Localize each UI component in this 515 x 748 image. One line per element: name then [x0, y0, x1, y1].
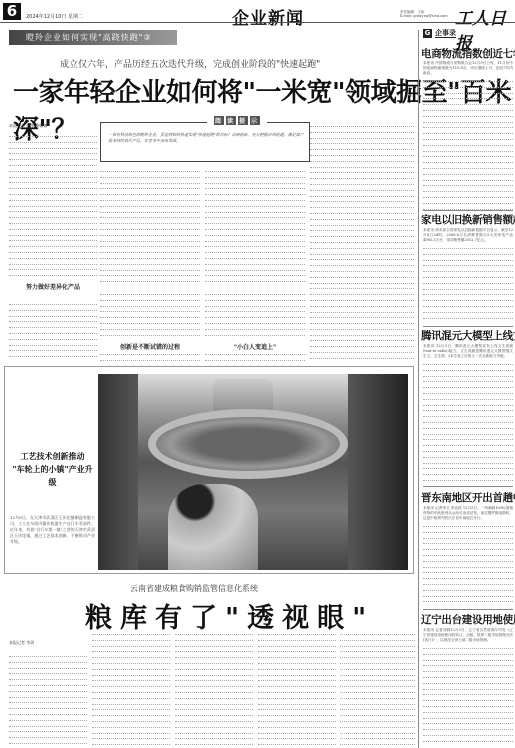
bottom-column-1	[9, 652, 87, 746]
text-line	[423, 696, 513, 701]
section-head-3: "小白人变追上"	[205, 342, 305, 351]
text-line	[92, 636, 170, 641]
text-line	[9, 225, 97, 230]
text-line	[175, 653, 253, 658]
text-line	[423, 152, 513, 157]
brief-rule	[423, 486, 513, 487]
text-line	[100, 179, 200, 184]
inset-story-text: 12月6日，在天津市武清区王庆坨镇制造有限公司，工人在车间内操作机器生产自行车零…	[10, 515, 95, 570]
text-line	[310, 273, 414, 278]
text-line	[423, 539, 513, 544]
text-line	[9, 739, 87, 744]
text-line	[423, 597, 513, 602]
masthead-rule	[0, 22, 515, 23]
text-line	[423, 244, 513, 249]
body-column-2c	[100, 350, 200, 362]
text-line	[423, 522, 513, 527]
text-line	[310, 284, 414, 289]
text-line	[423, 279, 513, 284]
text-line	[175, 717, 253, 722]
text-line	[423, 267, 513, 272]
text-line	[423, 366, 513, 371]
brief-lead: 本报讯 中国物流与采购联合会12月9日公布，11月份中国电商物流指数为115.8…	[423, 61, 513, 76]
text-line	[205, 277, 305, 282]
text-line	[340, 723, 415, 728]
text-line	[9, 167, 97, 172]
text-line	[310, 336, 414, 341]
text-line	[9, 248, 97, 253]
text-line	[205, 271, 305, 276]
brief-rule	[423, 210, 513, 211]
text-line	[423, 412, 513, 417]
text-line	[205, 179, 305, 184]
brief-body-5: 本报讯 记者邹倜12月3日，辽宁省自然资源厅印发《辽宁省建设用地使用权转让、出租…	[423, 628, 513, 746]
text-line	[340, 630, 415, 635]
text-line	[423, 401, 513, 406]
text-line	[423, 719, 513, 724]
text-line	[92, 711, 170, 716]
lead-byline: 本报记者 彭冰 柳姗姗	[9, 123, 48, 129]
text-line	[310, 354, 414, 359]
machine-pillar-right	[348, 374, 408, 570]
brief-body-3: 本报讯 12月3日，腾讯混元大模型宣布上线文生视频(text-to-video)…	[423, 344, 513, 484]
text-line	[92, 729, 170, 734]
text-line	[205, 356, 305, 361]
text-line	[310, 151, 414, 156]
text-line	[310, 342, 414, 347]
text-line	[423, 592, 513, 597]
text-line	[258, 734, 336, 739]
text-line	[9, 184, 97, 189]
text-line	[423, 360, 513, 365]
body-column-2	[100, 167, 200, 285]
text-line	[310, 255, 414, 260]
text-line	[258, 682, 336, 687]
text-line	[423, 673, 513, 678]
text-line	[423, 302, 513, 307]
text-line	[9, 202, 97, 207]
text-line	[423, 453, 513, 458]
text-line	[423, 118, 513, 123]
text-line	[100, 237, 200, 242]
text-line	[340, 636, 415, 641]
text-line	[310, 215, 414, 220]
text-line	[423, 261, 513, 266]
text-line	[175, 705, 253, 710]
text-line	[258, 729, 336, 734]
text-line	[175, 671, 253, 676]
text-line	[423, 534, 513, 539]
text-line	[205, 260, 305, 265]
series-banner: 瞪羚企业如何实现"高跷快跑"③	[9, 30, 177, 45]
text-line	[423, 205, 513, 210]
brief-lead: 本报讯 商务部全国家电以旧换新数据平台显示，截至12月8日24时，2568.8万…	[423, 228, 513, 243]
text-line	[9, 658, 87, 663]
text-line	[9, 271, 97, 276]
worker-figure	[168, 484, 258, 570]
text-line	[175, 734, 253, 739]
text-line	[310, 209, 414, 214]
text-line	[9, 329, 97, 334]
text-line	[423, 447, 513, 452]
text-line	[205, 313, 305, 318]
bottom-subtitle: 云南省建成粮食购销监管信息化系统	[130, 583, 258, 594]
text-line	[9, 196, 97, 201]
text-line	[340, 729, 415, 734]
section-title: 企业新闻	[232, 4, 304, 29]
text-line	[92, 671, 170, 676]
text-line	[310, 221, 414, 226]
text-line	[205, 248, 305, 253]
text-line	[310, 180, 414, 185]
text-line	[92, 734, 170, 739]
text-line	[9, 155, 97, 160]
text-line	[9, 710, 87, 715]
text-line	[310, 163, 414, 168]
brief-body-4: 本报讯 记者李卫 李忠波 12月5日，一列满载100标准箱货物的中欧班列从山西长…	[423, 506, 513, 606]
text-line	[100, 356, 200, 361]
text-line	[175, 642, 253, 647]
text-line	[9, 698, 87, 703]
text-line	[310, 186, 414, 191]
text-line	[340, 642, 415, 647]
text-line	[205, 190, 305, 195]
text-line	[310, 122, 414, 127]
text-line	[423, 528, 513, 533]
body-column-1	[9, 132, 97, 280]
text-line	[423, 476, 513, 481]
text-line	[9, 132, 97, 137]
text-line	[100, 331, 200, 336]
text-line	[423, 296, 513, 301]
text-line	[310, 319, 414, 324]
section-head-1: 努力做好差异化产品	[9, 282, 97, 291]
text-line	[423, 106, 513, 111]
text-line	[100, 173, 200, 178]
text-line	[310, 313, 414, 318]
text-line	[340, 734, 415, 739]
text-line	[9, 144, 97, 149]
text-line	[423, 406, 513, 411]
text-line	[9, 675, 87, 680]
text-line	[423, 170, 513, 175]
text-line	[258, 653, 336, 658]
text-line	[100, 208, 200, 213]
text-line	[423, 158, 513, 163]
text-line	[340, 694, 415, 699]
text-line	[100, 202, 200, 207]
lead-subtitle: 成立仅六年，产品历经五次迭代升级，完成创业阶段的"快速起跑"	[60, 57, 320, 70]
text-line	[340, 653, 415, 658]
text-line	[310, 279, 414, 284]
text-line	[423, 383, 513, 388]
text-line	[175, 665, 253, 670]
text-line	[100, 254, 200, 259]
text-line	[423, 679, 513, 684]
text-line	[205, 208, 305, 213]
body-column-2b	[100, 290, 200, 340]
text-line	[340, 665, 415, 670]
text-line	[100, 248, 200, 253]
text-line	[92, 676, 170, 681]
brief-title-4[interactable]: 晋东南地区开出首趟中欧班列	[421, 490, 515, 505]
bottom-column-3	[175, 630, 253, 746]
text-line	[310, 250, 414, 255]
text-line	[9, 317, 97, 322]
text-line	[9, 265, 97, 270]
text-line	[92, 682, 170, 687]
text-line	[205, 302, 305, 307]
text-line	[310, 261, 414, 266]
editor-email: E-mail: grbqyxw@sina.com	[400, 14, 448, 18]
text-line	[258, 717, 336, 722]
brief-lead: 本报讯 记者李卫 李忠波 12月5日，一列满载100标准箱货物的中欧班列从山西长…	[423, 506, 513, 521]
text-line	[423, 580, 513, 585]
text-line	[100, 167, 200, 172]
text-line	[423, 193, 513, 198]
text-line	[258, 723, 336, 728]
text-line	[9, 161, 97, 166]
text-line	[175, 676, 253, 681]
text-line	[92, 688, 170, 693]
text-line	[423, 308, 513, 313]
body-column-3b	[205, 290, 305, 340]
wheel-rim	[148, 409, 348, 479]
brief-rule	[423, 326, 513, 327]
text-line	[310, 302, 414, 307]
text-line	[258, 740, 336, 745]
text-line	[258, 642, 336, 647]
text-line	[310, 145, 414, 150]
text-line	[205, 307, 305, 312]
brief-title-1[interactable]: 电商物流指数创近七年新高	[421, 46, 515, 61]
text-line	[310, 232, 414, 237]
text-line	[9, 727, 87, 732]
text-line	[310, 238, 414, 243]
text-line	[423, 574, 513, 579]
text-line	[9, 254, 97, 259]
text-line	[310, 325, 414, 330]
text-line	[9, 652, 87, 657]
bottom-column-2	[92, 630, 170, 746]
text-line	[100, 277, 200, 282]
text-line	[423, 176, 513, 181]
bottom-column-5	[340, 630, 415, 746]
text-line	[258, 700, 336, 705]
text-line	[423, 568, 513, 573]
text-line	[423, 470, 513, 475]
text-line	[100, 219, 200, 224]
text-line	[100, 290, 200, 295]
text-line	[9, 242, 97, 247]
text-line	[423, 430, 513, 435]
text-line	[310, 331, 414, 336]
text-line	[423, 389, 513, 394]
factory-worker-photo[interactable]	[98, 374, 408, 570]
text-line	[175, 630, 253, 635]
text-line	[340, 671, 415, 676]
text-line	[423, 129, 513, 134]
text-line	[92, 659, 170, 664]
text-line	[205, 231, 305, 236]
text-line	[340, 676, 415, 681]
machine-pillar-left	[98, 374, 138, 570]
text-line	[92, 665, 170, 670]
text-line	[258, 671, 336, 676]
text-line	[100, 231, 200, 236]
column-logo-icon: G	[423, 29, 432, 38]
text-line	[9, 704, 87, 709]
text-line	[175, 682, 253, 687]
text-line	[423, 94, 513, 99]
text-line	[258, 665, 336, 670]
text-line	[175, 694, 253, 699]
text-line	[310, 197, 414, 202]
text-line	[205, 173, 305, 178]
text-line	[310, 168, 414, 173]
text-line	[205, 213, 305, 218]
text-line	[9, 341, 97, 346]
text-line	[310, 128, 414, 133]
text-line	[9, 219, 97, 224]
text-line	[9, 236, 97, 241]
text-line	[205, 266, 305, 271]
text-line	[205, 254, 305, 259]
text-line	[340, 682, 415, 687]
text-line	[423, 551, 513, 556]
brief-lead: 本报讯 记者邹倜12月3日，辽宁省自然资源厅印发《辽宁省建设用地使用权转让、出租…	[423, 628, 513, 643]
text-line	[92, 694, 170, 699]
text-line	[92, 647, 170, 652]
text-line	[310, 134, 414, 139]
text-line	[205, 237, 305, 242]
text-line	[423, 702, 513, 707]
text-line	[9, 149, 97, 154]
text-line	[205, 331, 305, 336]
text-line	[258, 659, 336, 664]
text-line	[258, 694, 336, 699]
bottom-column-4	[258, 630, 336, 746]
text-line	[100, 213, 200, 218]
text-line	[423, 377, 513, 382]
brief-title-3[interactable]: 腾讯混元大模型上线文生视频功能	[421, 328, 515, 343]
text-line	[423, 424, 513, 429]
text-line	[175, 659, 253, 664]
text-line	[423, 545, 513, 550]
text-line	[92, 653, 170, 658]
text-line	[205, 325, 305, 330]
text-line	[423, 563, 513, 568]
text-line	[9, 733, 87, 738]
text-line	[175, 688, 253, 693]
text-line	[423, 661, 513, 666]
text-line	[100, 242, 200, 247]
brief-title-5[interactable]: 辽宁出台建设用地使用权新政	[421, 612, 515, 627]
text-line	[258, 688, 336, 693]
text-line	[9, 260, 97, 265]
text-line	[9, 681, 87, 686]
text-line	[92, 717, 170, 722]
text-line	[9, 335, 97, 340]
text-line	[9, 306, 97, 311]
text-line	[340, 659, 415, 664]
text-line	[9, 722, 87, 727]
text-line	[423, 737, 513, 742]
text-line	[423, 199, 513, 204]
text-line	[205, 242, 305, 247]
text-line	[100, 225, 200, 230]
inset-story-title: 工艺技术创新推动 "车轮上的小镇"产业升级	[10, 450, 95, 489]
text-line	[423, 464, 513, 469]
text-line	[9, 190, 97, 195]
sidebar-divider	[418, 30, 419, 748]
text-line	[100, 260, 200, 265]
text-line	[423, 725, 513, 730]
brief-lead: 本报讯 12月3日，腾讯混元大模型宣布上线文生视频(text-to-video)…	[423, 344, 513, 359]
sidebar-header: G企事录	[423, 28, 456, 38]
text-line	[423, 372, 513, 377]
text-line	[175, 647, 253, 652]
text-line	[258, 647, 336, 652]
reading-tip-title: 阅读提示	[207, 116, 267, 125]
text-line	[205, 196, 305, 201]
text-line	[205, 296, 305, 301]
text-line	[205, 184, 305, 189]
text-line	[9, 669, 87, 674]
text-line	[310, 203, 414, 208]
text-line	[423, 290, 513, 295]
text-line	[423, 181, 513, 186]
text-line	[258, 636, 336, 641]
body-column-4	[310, 122, 414, 362]
text-line	[310, 157, 414, 162]
text-line	[423, 141, 513, 146]
page-number: 6	[3, 3, 21, 20]
brief-body-2: 本报讯 商务部全国家电以旧换新数据平台显示，截至12月8日24时，2568.8万…	[423, 228, 513, 323]
text-line	[258, 630, 336, 635]
text-line	[423, 147, 513, 152]
text-line	[92, 723, 170, 728]
text-line	[258, 705, 336, 710]
text-line	[9, 138, 97, 143]
text-line	[205, 290, 305, 295]
text-line	[100, 196, 200, 201]
text-line	[205, 219, 305, 224]
text-line	[340, 740, 415, 745]
section-head-2: 创新是不断试错的过程	[100, 342, 200, 351]
reading-tip-text: 一家有科技底色的瞪羚企业，要达到如何快速实现"快速起跑"的目标？自研创新，充分把…	[108, 132, 304, 144]
text-line	[423, 89, 513, 94]
text-line	[423, 441, 513, 446]
text-line	[423, 459, 513, 464]
text-line	[423, 418, 513, 423]
text-line	[423, 650, 513, 655]
text-line	[340, 711, 415, 716]
text-line	[100, 184, 200, 189]
text-line	[423, 435, 513, 440]
text-line	[423, 656, 513, 661]
text-line	[340, 700, 415, 705]
text-line	[423, 250, 513, 255]
brief-title-2[interactable]: 家电以旧换新销售额超2000亿元	[421, 212, 515, 227]
text-line	[205, 319, 305, 324]
text-line	[92, 740, 170, 745]
text-line	[9, 178, 97, 183]
text-line	[423, 112, 513, 117]
text-line	[423, 77, 513, 82]
text-line	[175, 700, 253, 705]
text-line	[100, 319, 200, 324]
